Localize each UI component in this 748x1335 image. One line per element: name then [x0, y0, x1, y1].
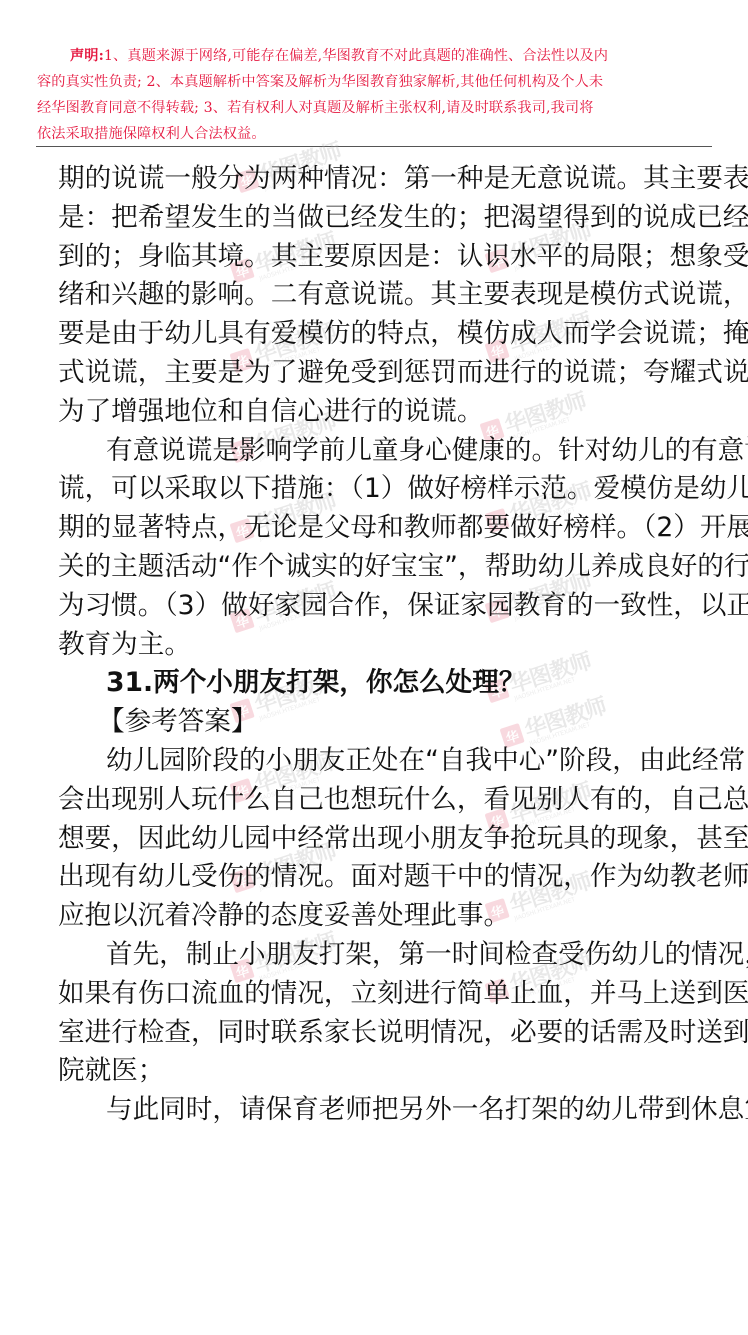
body-line: 为习惯。（3）做好家园合作，保证家园教育的一致性，以正面 [58, 587, 714, 626]
body-line: 到的；身临其境。其主要原因是：认识水平的局限；想象受情 [58, 238, 714, 277]
body-line: 为了增强地位和自信心进行的说谎。 [58, 393, 714, 432]
body-line: 谎，可以采取以下措施：（1）做好榜样示范。爱模仿是幼儿时 [58, 470, 714, 509]
question-heading: 31.两个小朋友打架，你怎么处理？ [58, 664, 714, 703]
disclaimer-line: 依法采取措施保障权利人合法权益。 [37, 121, 713, 147]
document-body: 期的说谎一般分为两种情况：第一种是无意说谎。其主要表现是：把希望发生的当做已经发… [58, 160, 714, 1130]
body-line: 式说谎，主要是为了避免受到惩罚而进行的说谎；夸耀式说谎， [58, 354, 714, 393]
body-line: 与此同时，请保育老师把另外一名打架的幼儿带到休息室 [58, 1091, 714, 1130]
body-line: 是：把希望发生的当做已经发生的；把渴望得到的说成已经得 [58, 199, 714, 238]
body-line: 有意说谎是影响学前儿童身心健康的。针对幼儿的有意说 [58, 432, 714, 471]
body-line: 院就医； [58, 1052, 714, 1091]
body-line: 室进行检查，同时联系家长说明情况，必要的话需及时送到医 [58, 1014, 714, 1053]
answer-label: 【参考答案】 [58, 703, 714, 742]
body-line: 出现有幼儿受伤的情况。面对题干中的情况，作为幼教老师， [58, 858, 714, 897]
body-line: 幼儿园阶段的小朋友正处在“自我中心”阶段，由此经常 [58, 742, 714, 781]
body-line: 要是由于幼儿具有爱模仿的特点，模仿成人而学会说谎；掩盖 [58, 315, 714, 354]
disclaimer-line: 容的真实性负责; 2、本真题解析中答案及解析为华图教育独家解析,其他任何机构及个… [37, 69, 713, 95]
body-line: 会出现别人玩什么自己也想玩什么，看见别人有的，自己总是 [58, 781, 714, 820]
body-line: 如果有伤口流血的情况，立刻进行简单止血，并马上送到医务 [58, 975, 714, 1014]
body-line: 期的显著特点，无论是父母和教师都要做好榜样。（2）开展相 [58, 509, 714, 548]
body-line: 期的说谎一般分为两种情况：第一种是无意说谎。其主要表现 [58, 160, 714, 199]
header-divider [36, 146, 712, 147]
disclaimer-line: 经华图教育同意不得转载; 3、若有权利人对真题及解析主张权利,请及时联系我司,我… [37, 95, 713, 121]
disclaimer-lead: 声明: [70, 48, 104, 64]
body-line: 绪和兴趣的影响。二有意说谎。其主要表现是模仿式说谎，主 [58, 276, 714, 315]
disclaimer-line: 声明:1、真题来源于网络,可能存在偏差,华图教育不对此真题的准确性、合法性以及内 [37, 43, 713, 69]
body-line: 关的主题活动“作个诚实的好宝宝”，帮助幼儿养成良好的行 [58, 548, 714, 587]
body-line: 首先，制止小朋友打架，第一时间检查受伤幼儿的情况， [58, 936, 714, 975]
disclaimer-text: 1、真题来源于网络,可能存在偏差,华图教育不对此真题的准确性、合法性以及内 [104, 48, 608, 64]
body-line: 应抱以沉着冷静的态度妥善处理此事。 [58, 897, 714, 936]
body-line: 教育为主。 [58, 626, 714, 665]
body-line: 想要，因此幼儿园中经常出现小朋友争抢玩具的现象，甚至会 [58, 820, 714, 859]
disclaimer: 声明:1、真题来源于网络,可能存在偏差,华图教育不对此真题的准确性、合法性以及内… [37, 43, 713, 147]
